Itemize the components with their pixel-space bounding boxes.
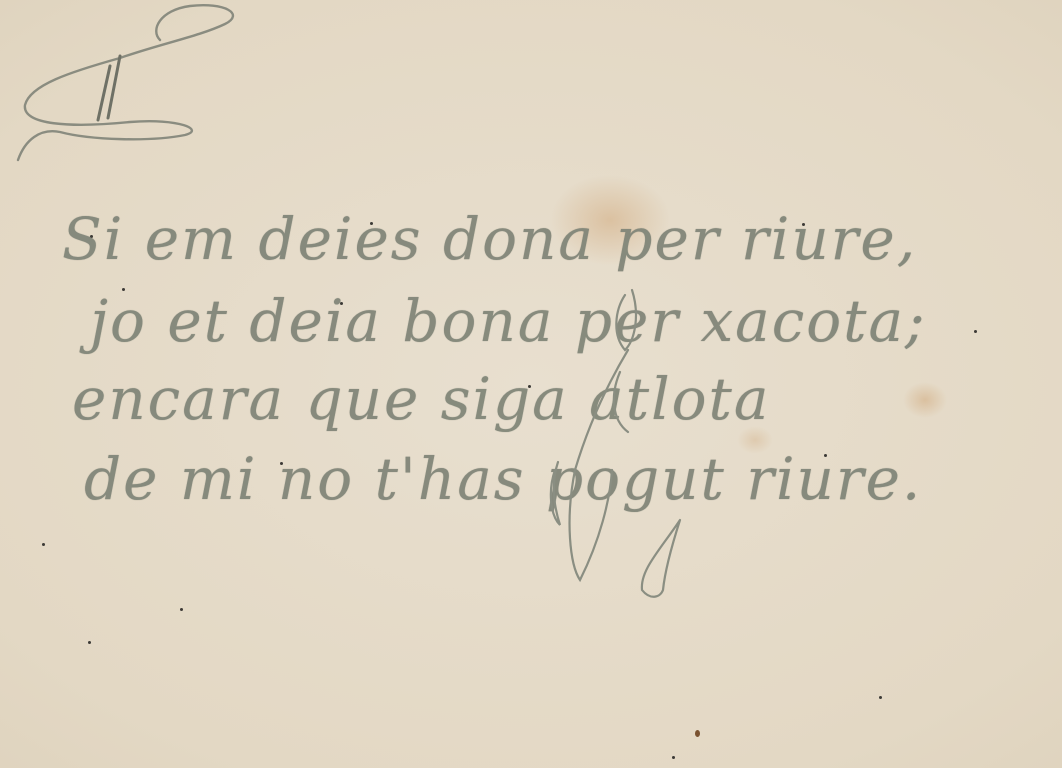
section-numeral-flourish-icon: II [10, 0, 240, 170]
poem-line-2: jo et deia bona per xacota; [90, 287, 927, 355]
poem-line-3: encara que siga atlota [72, 365, 770, 433]
paper-speck [879, 696, 882, 699]
paper-speck [672, 756, 675, 759]
poem-line-1: Si em deies dona per riure, [62, 205, 917, 273]
paper-stain-dot [695, 730, 700, 737]
paper-speck [42, 543, 45, 546]
section-numeral: II [10, 0, 11, 1]
poem-line-4: de mi no t'has pogut riure. [84, 445, 922, 513]
paper-speck [88, 641, 91, 644]
paper-speck [974, 330, 977, 333]
paper-speck [180, 608, 183, 611]
